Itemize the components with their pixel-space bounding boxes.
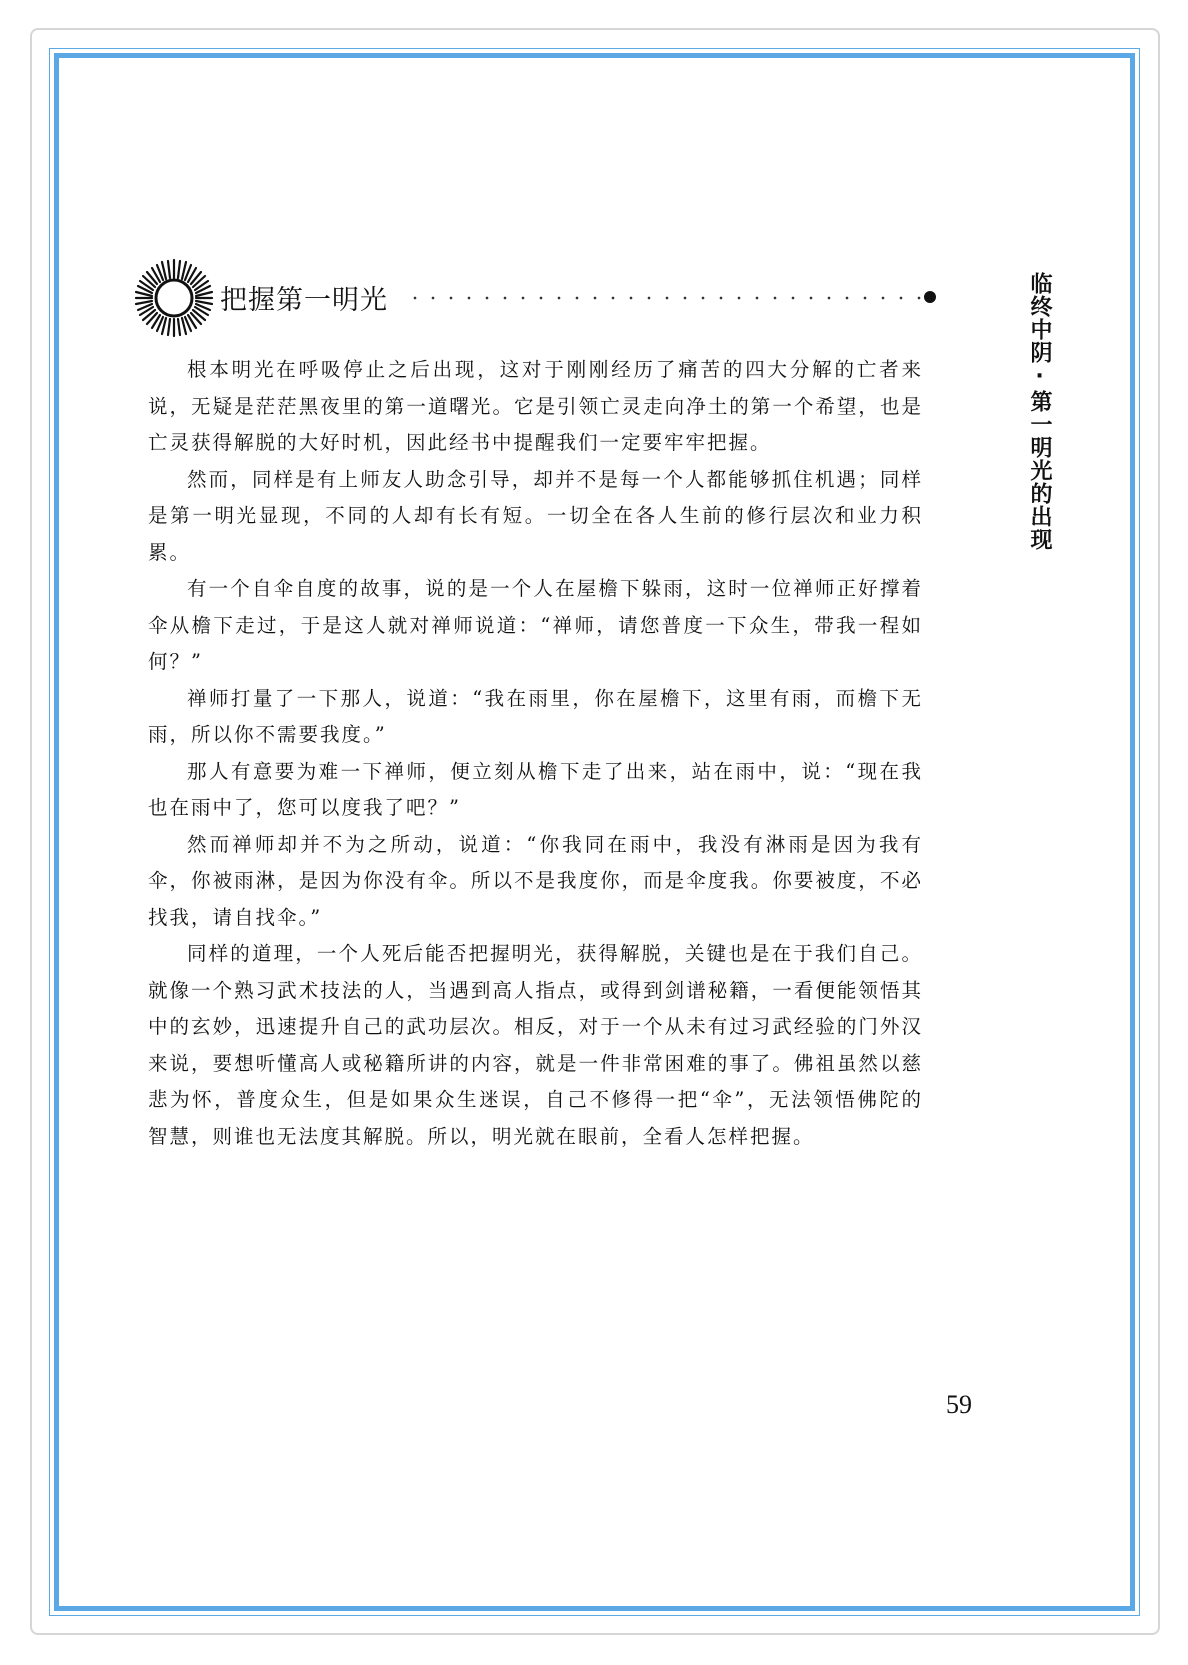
- page-number: 59: [946, 1390, 972, 1420]
- sun-burst-icon: [134, 258, 214, 338]
- paragraph: 那人有意要为难一下禅师，便立刻从檐下走了出来，站在雨中，说：“现在我也在雨中了，…: [148, 754, 923, 827]
- paragraph: 根本明光在呼吸停止之后出现，这对于刚刚经历了痛苦的四大分解的亡者来说，无疑是茫茫…: [148, 352, 923, 462]
- section-title: 把握第一明光: [220, 278, 388, 317]
- leader-end-dot: [924, 291, 936, 303]
- paragraph: 禅师打量了一下那人，说道：“我在雨里，你在屋檐下，这里有雨，而檐下无雨，所以你不…: [148, 681, 923, 754]
- leader-dots: [406, 296, 926, 300]
- paragraph: 同样的道理，一个人死后能否把握明光，获得解脱，关键也是在于我们自己。就像一个熟习…: [148, 936, 923, 1155]
- body-text: 根本明光在呼吸停止之后出现，这对于刚刚经历了痛苦的四大分解的亡者来说，无疑是茫茫…: [148, 352, 923, 1155]
- paragraph: 然而禅师却并不为之所动，说道：“你我同在雨中，我没有淋雨是因为我有伞，你被雨淋，…: [148, 827, 923, 937]
- paragraph: 有一个自伞自度的故事，说的是一个人在屋檐下躲雨，这时一位禅师正好撑着伞从檐下走过…: [148, 571, 923, 681]
- paragraph: 然而，同样是有上师友人助念引导，却并不是每一个人都能够抓住机遇；同样是第一明光显…: [148, 462, 923, 572]
- running-head: 临终中阴·第一明光的出现: [1018, 272, 1052, 551]
- section-heading: 把握第一明光: [134, 258, 994, 338]
